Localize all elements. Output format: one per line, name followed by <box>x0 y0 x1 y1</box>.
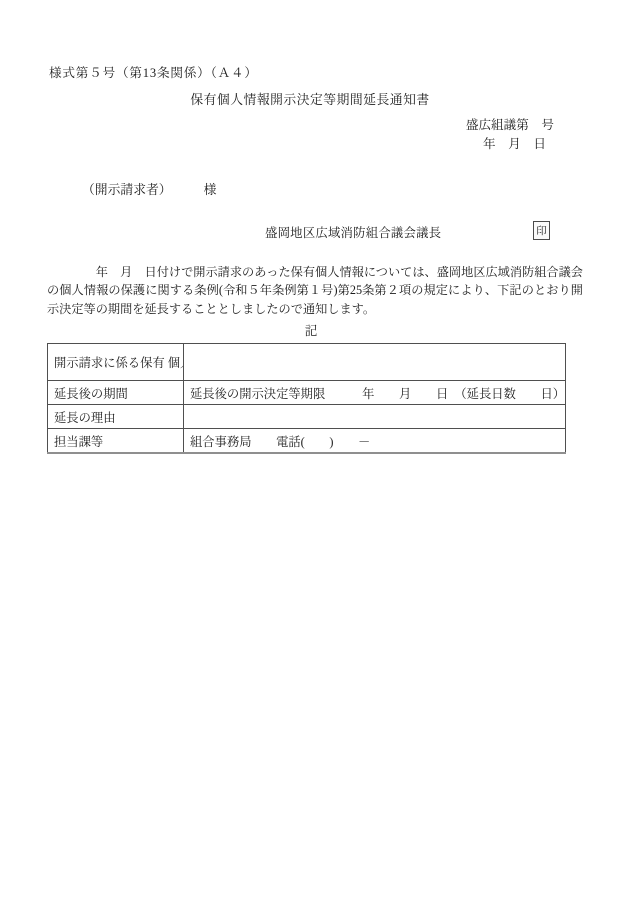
table-row-personal-info-name: 開示請求に係る保有 個人情報の名称等 <box>48 344 566 381</box>
body-line-3: 示決定等の期間を延長することとしましたので通知します。 <box>47 300 583 318</box>
row-label-cell: 延長の理由 <box>48 405 184 429</box>
row-label-cell: 開示請求に係る保有 個人情報の名称等 <box>48 344 184 381</box>
row-value-cell: 延長後の開示決定等期限 年 月 日 （延長日数 日） <box>184 381 566 405</box>
body-line-1: 年 月 日付けで開示請求のあった保有個人情報については、盛岡地区広域消防組合議会 <box>47 263 583 281</box>
issuer-name: 盛岡地区広域消防組合議会議長 <box>265 223 441 241</box>
row-value-cell: 組合事務局 電話( ) － <box>184 429 566 454</box>
table-row-extended-period: 延長後の期間 延長後の開示決定等期限 年 月 日 （延長日数 日） <box>48 381 566 405</box>
addressee-line: （開示請求者） 様 <box>82 179 216 198</box>
document-number-line: 盛広組議第 号 <box>466 114 554 133</box>
row-label-cell: 延長後の期間 <box>48 381 184 405</box>
table-row-extension-reason: 延長の理由 <box>48 405 566 429</box>
body-paragraph: 年 月 日付けで開示請求のあった保有個人情報については、盛岡地区広域消防組合議会… <box>47 263 583 318</box>
table-row-contact-section: 担当課等 組合事務局 電話( ) － <box>48 429 566 454</box>
body-line-2: の個人情報の保護に関する条例(令和５年条例第１号)第25条第２項の規定により、下… <box>47 281 583 299</box>
row-value-cell <box>184 344 566 381</box>
document-page: 様式第５号（第13条関係）（Ａ４） 保有個人情報開示決定等期間延長通知書 盛広組… <box>0 0 630 903</box>
record-heading: 記 <box>0 320 622 339</box>
row-label-cell: 担当課等 <box>48 429 184 454</box>
issue-date-line: 年 月 日 <box>483 133 546 152</box>
seal-placeholder-box: 印 <box>533 221 550 240</box>
notice-table: 開示請求に係る保有 個人情報の名称等 延長後の期間 延長後の開示決定等期限 年 … <box>47 343 566 454</box>
form-number-label: 様式第５号（第13条関係）（Ａ４） <box>49 62 258 81</box>
document-title: 保有個人情報開示決定等期間延長通知書 <box>0 89 620 108</box>
seal-mark: 印 <box>536 223 547 238</box>
row-value-cell <box>184 405 566 429</box>
